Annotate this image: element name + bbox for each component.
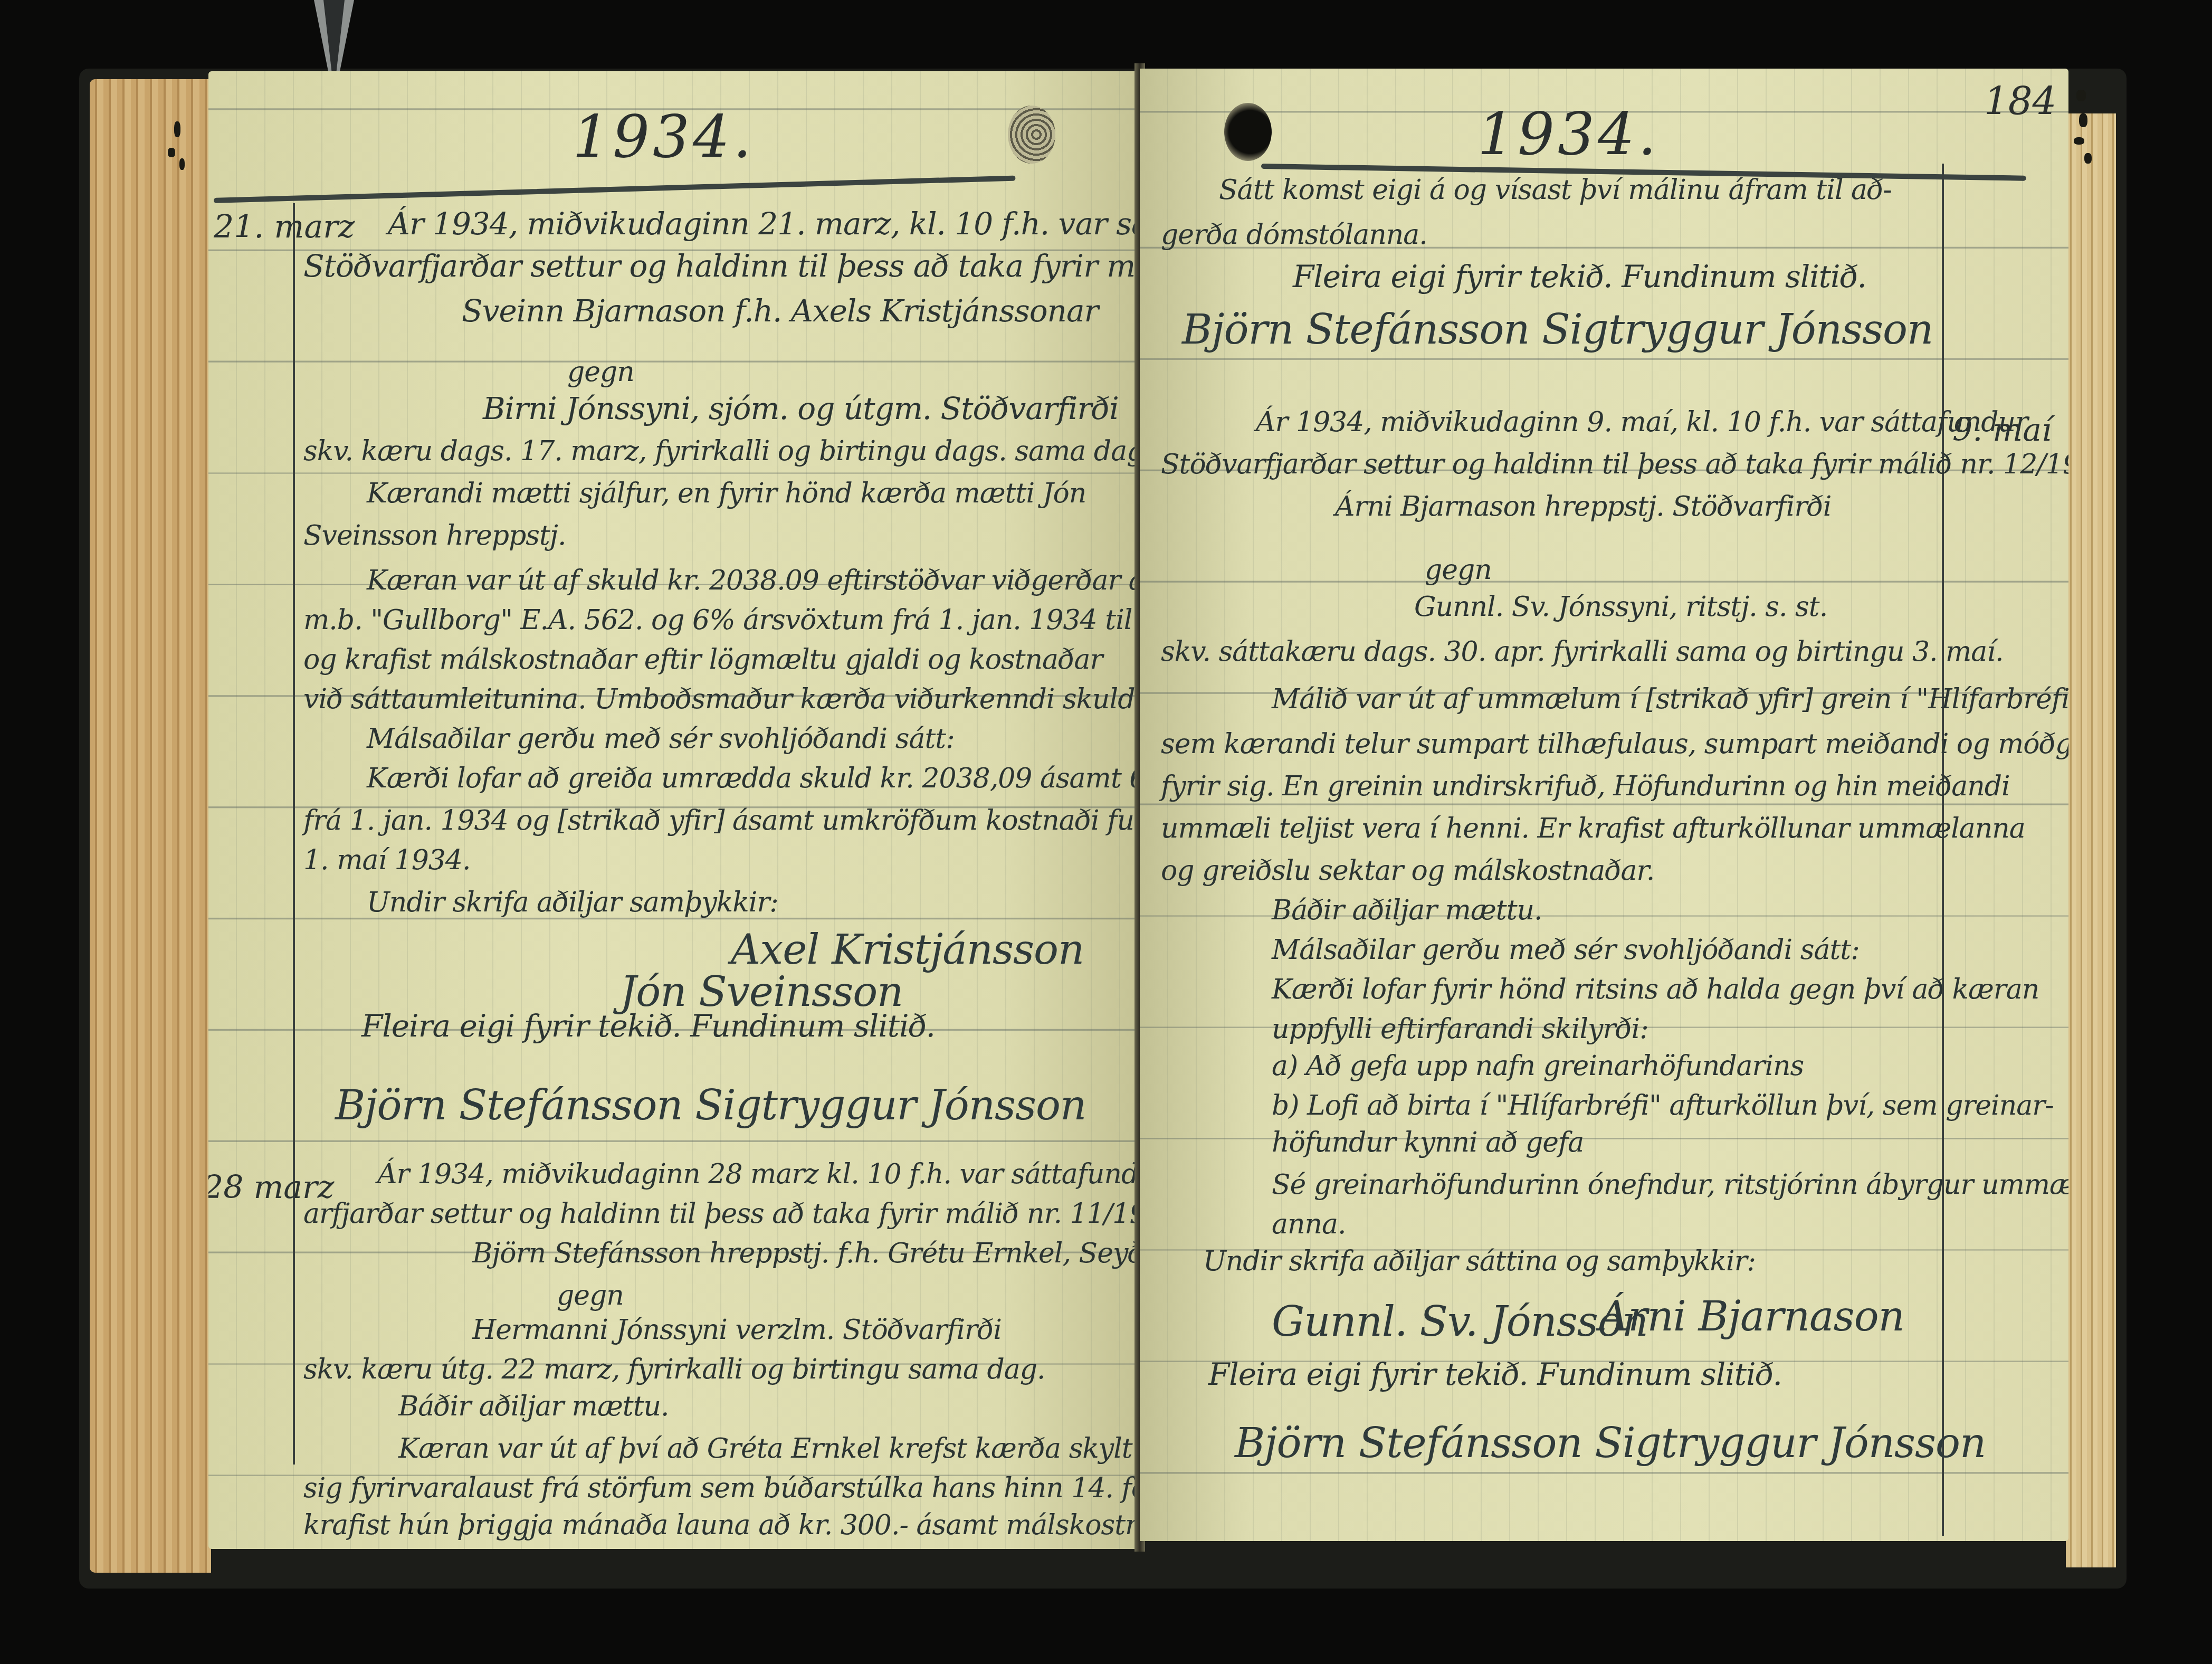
entry-line: og greiðslu sektar og málskostnaðar.	[1161, 855, 1654, 887]
entry-line: Báðir aðiljar mættu.	[398, 1391, 669, 1422]
entry-line: 1. maí 1934.	[303, 844, 470, 876]
year-header: 1934.	[1477, 100, 1660, 168]
signature: Axel Kristjánsson	[731, 926, 1084, 974]
entry-line: arfjarðar settur og haldinn til þess að …	[303, 1198, 1142, 1230]
entry-line: m.b. "Gullborg" E.A. 562. og 6% ársvöxtu…	[303, 604, 1142, 636]
page-number: 184	[1984, 79, 2056, 123]
entry-line: skv. sáttakæru dags. 30. apr. fyrirkalli…	[1161, 636, 2004, 668]
entry-line: Málsaðilar gerðu með sér svohljóðandi sá…	[367, 723, 955, 755]
punch-hole	[1224, 103, 1272, 161]
entry-line: skv. kæru dags. 17. marz, fyrirkalli og …	[303, 435, 1142, 467]
left-page: 1934. 21. marz Ár 1934, miðvikudaginn 21…	[208, 71, 1142, 1549]
continuation-line: Sátt komst eigi á og vísast því málinu á…	[1219, 174, 1892, 206]
entry-line: Undir skrifa aðiljar sáttina og samþykki…	[1203, 1245, 1756, 1277]
entry-line: krafist hún þriggja mánaða launa að kr. …	[303, 1509, 1142, 1541]
entry-line: Kæran var út af því að Gréta Ernkel kref…	[398, 1433, 1142, 1465]
entry-line: sem kærandi telur sumpart tilhæfulaus, s…	[1161, 728, 2068, 760]
entry-line: Stöðvarfjarðar settur og haldinn til þes…	[303, 248, 1142, 284]
party-plaintiff: Björn Stefánsson hreppstj. f.h. Grétu Er…	[472, 1238, 1142, 1269]
entry-line: Málið var út af ummælum í [strikað yfir]…	[1272, 683, 2068, 715]
date-margin-rule	[1942, 164, 1944, 1536]
entry-line: skv. kæru útg. 22 marz, fyrirkalli og bi…	[303, 1354, 1045, 1385]
versus-label: gegn	[1425, 554, 1492, 586]
entry-line: Kæran var út af skuld kr. 2038.09 eftirs…	[367, 565, 1142, 596]
closing-statement: Fleira eigi fyrir tekið. Fundinum slitið…	[1293, 259, 1866, 294]
party-defendant: Hermanni Jónssyni verzlm. Stöðvarfirði	[472, 1314, 1002, 1346]
entry-line: við sáttaumleitunina. Umboðsmaður kærða …	[303, 683, 1142, 715]
signature: Árni Bjarnason	[1599, 1293, 1904, 1340]
officials-signatures: Björn Stefánsson Sigtryggur Jónsson	[1182, 306, 1933, 354]
date-margin-rule	[293, 203, 295, 1465]
party-defendant: Birni Jónssyni, sjóm. og útgm. Stöðvarfi…	[483, 391, 1119, 426]
entry-line: Málsaðilar gerðu með sér svohljóðandi sá…	[1272, 934, 1860, 966]
punch-hole	[1008, 106, 1055, 164]
officials-signatures: Björn Stefánsson Sigtryggur Jónsson	[335, 1082, 1086, 1129]
entry-date: 9. maí	[1952, 412, 2052, 449]
entry-line: Stöðvarfjarðar settur og haldinn til þes…	[1161, 449, 2068, 480]
officials-signatures: Björn Stefánsson Sigtryggur Jónsson	[1235, 1420, 1986, 1467]
party-defendant: Gunnl. Sv. Jónssyni, ritstj. s. st.	[1414, 591, 1827, 623]
right-page-stack-edge	[2066, 113, 2116, 1567]
condition-a: a) Að gefa upp nafn greinarhöfundarins	[1272, 1050, 1804, 1082]
entry-line: ummæli teljist vera í henni. Er krafist …	[1161, 813, 2025, 844]
versus-label: gegn	[567, 356, 634, 388]
entry-line: Báðir aðiljar mættu.	[1272, 895, 1542, 926]
entry-line: Ár 1934, miðvikudaginn 21. marz, kl. 10 …	[388, 206, 1142, 242]
entry-line: Ár 1934, miðvikudaginn 28 marz kl. 10 f.…	[377, 1158, 1142, 1190]
entry-line: anna.	[1272, 1209, 1346, 1240]
condition-b: b) Lofi að birta í "Hlífarbréfi" afturkö…	[1272, 1090, 2054, 1121]
entry-line: Kærandi mætti sjálfur, en fyrir hönd kær…	[367, 478, 1086, 509]
signature: Gunnl. Sv. Jónsson	[1272, 1298, 1648, 1346]
party-plaintiff: Árni Bjarnason hreppstj. Stöðvarfirði	[1335, 491, 1831, 522]
year-header: 1934.	[573, 103, 755, 170]
closing-statement: Fleira eigi fyrir tekið. Fundinum slitið…	[1208, 1356, 1782, 1392]
entry-line: Ár 1934, miðvikudaginn 9. maí, kl. 10 f.…	[1256, 406, 2028, 438]
entry-line: Kærði lofar að greiða umrædda skuld kr. …	[367, 763, 1142, 794]
left-page-stack-edge	[90, 79, 211, 1573]
closing-statement: Fleira eigi fyrir tekið. Fundinum slitið…	[361, 1008, 935, 1044]
entry-line: sig fyrirvaralaust frá störfum sem búðar…	[303, 1472, 1142, 1504]
continuation-line: gerða dómstólanna.	[1161, 219, 1427, 251]
entry-line: Kærði lofar fyrir hönd ritsins að halda …	[1272, 974, 2039, 1005]
entry-line: Undir skrifa aðiljar samþykkir:	[367, 887, 778, 918]
entry-line: Sé greinarhöfundurinn ónefndur, ritstjór…	[1272, 1169, 2068, 1201]
party-plaintiff: Sveinn Bjarnason f.h. Axels Kristjánsson…	[462, 293, 1098, 329]
entry-date: 21. marz	[214, 208, 355, 245]
entry-line: frá 1. jan. 1934 og [strikað yfir] ásamt…	[303, 805, 1142, 836]
versus-label: gegn	[557, 1280, 624, 1311]
entry-line: uppfylli eftirfarandi skilyrði:	[1272, 1013, 1648, 1045]
entry-line: höfundur kynni að gefa	[1272, 1127, 1584, 1158]
entry-line: fyrir sig. En greinin undirskrifuð, Höfu…	[1161, 771, 2010, 802]
entry-line: og krafist málskostnaðar eftir lögmæltu …	[303, 644, 1102, 676]
right-page: 1934. 184 Sátt komst eigi á og vísast þv…	[1140, 69, 2068, 1541]
entry-line: Sveinsson hreppstj.	[303, 520, 566, 552]
